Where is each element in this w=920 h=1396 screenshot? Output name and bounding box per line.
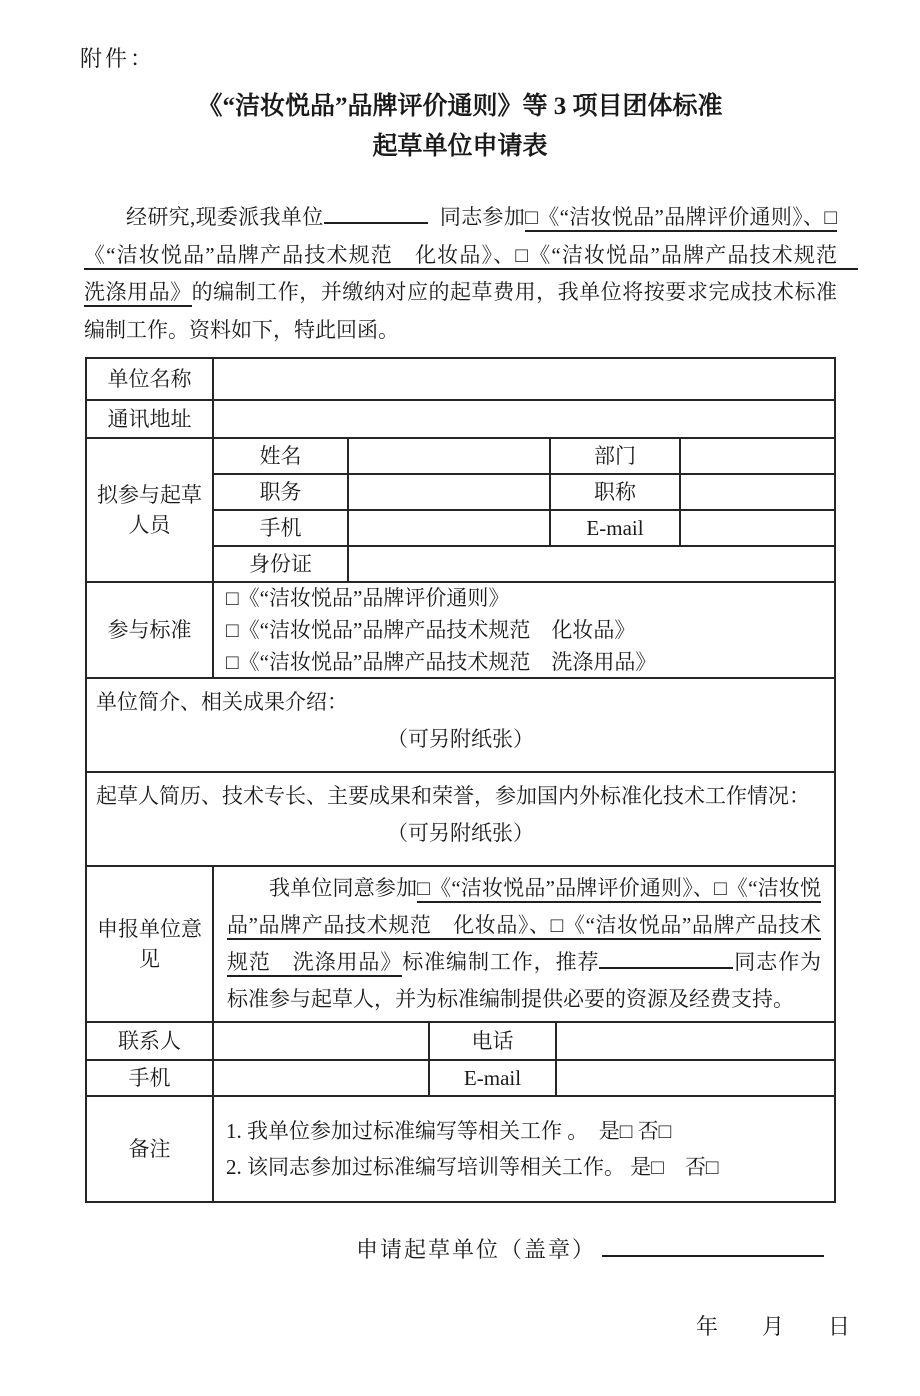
remarks-label: 备注 — [87, 1097, 212, 1201]
standards-option-2: □《“洁妆悦品”品牌产品技术规范 化妆品》 — [226, 614, 834, 646]
remarks-item-1: 1. 我单位参加过标准编写等相关工作 。 是□ 否□ — [226, 1113, 834, 1149]
row-standards: 参与标准 □《“洁妆悦品”品牌评价通则》 □《“洁妆悦品”品牌产品技术规范 化妆… — [87, 581, 834, 677]
personnel-section-label: 拟参与起草人员 — [87, 439, 212, 581]
title-line-1: 《“洁妆悦品”品牌评价通则》等 3 项目团体标准 — [0, 87, 920, 127]
intro-seg-2: 同志参加 — [440, 205, 526, 229]
attachment-label: 附件： — [80, 0, 920, 73]
personnel-row-position: 职务 职称 — [214, 473, 834, 509]
job-title-value-cell — [679, 475, 834, 509]
drafter-resume-title: 起草人简历、技术专长、主要成果和荣誉，参加国内外标准化技术工作情况： — [96, 778, 825, 815]
drafter-resume-cell: 起草人简历、技术专长、主要成果和荣誉，参加国内外标准化技术工作情况： （可另附纸… — [87, 773, 834, 865]
unit-name-blank-line — [324, 202, 428, 224]
position-value-cell — [347, 475, 549, 509]
standards-option-1: □《“洁妆悦品”品牌评价通则》 — [226, 582, 834, 614]
personnel-subtable: 姓名 部门 职务 职称 手机 E-mail — [212, 439, 834, 581]
row-personnel-section: 拟参与起草人员 姓名 部门 职务 职称 手机 E-mail — [87, 437, 834, 581]
personnel-row-name: 姓名 部门 — [214, 439, 834, 473]
standards-option-3: □《“洁妆悦品”品牌产品技术规范 洗涤用品》 — [226, 646, 834, 678]
name-value-cell — [347, 439, 549, 473]
row-drafter-resume: 起草人简历、技术专长、主要成果和荣誉，参加国内外标准化技术工作情况： （可另附纸… — [87, 771, 834, 865]
unit-profile-note: （可另附纸张） — [96, 721, 825, 758]
date-line: 年 月 日 — [0, 1310, 920, 1341]
mobile-label: 手机 — [214, 511, 347, 545]
unit-profile-cell: 单位简介、相关成果介绍： （可另附纸张） — [87, 679, 834, 771]
email-label: E-mail — [549, 511, 679, 545]
position-label: 职务 — [214, 475, 347, 509]
job-title-label: 职称 — [549, 475, 679, 509]
standards-options: □《“洁妆悦品”品牌评价通则》 □《“洁妆悦品”品牌产品技术规范 化妆品》 □《… — [212, 583, 834, 677]
name-label: 姓名 — [214, 439, 347, 473]
unit-profile-title: 单位简介、相关成果介绍： — [96, 684, 825, 721]
row-unit-profile: 单位简介、相关成果介绍： （可另附纸张） — [87, 677, 834, 771]
intro-seg-4: 的编制工作，并缴纳对应的起草费用，我单位将按要求完成技术标准编制工作。资料如下，… — [84, 280, 837, 342]
remarks-items: 1. 我单位参加过标准编写等相关工作 。 是□ 否□ 2. 该同志参加过标准编写… — [212, 1097, 834, 1201]
standards-label: 参与标准 — [87, 583, 212, 677]
mobile-value-cell — [347, 511, 549, 545]
row-contact: 联系人 电话 — [87, 1021, 834, 1059]
id-card-value-cell — [347, 547, 834, 581]
unit-opinion-text: 我单位同意参加□《“洁妆悦品”品牌评价通则》、□《“洁妆悦品”品牌产品技术规范 … — [214, 870, 834, 1018]
department-value-cell — [679, 439, 834, 473]
row-remarks: 备注 1. 我单位参加过标准编写等相关工作 。 是□ 否□ 2. 该同志参加过标… — [87, 1095, 834, 1201]
personnel-row-mobile: 手机 E-mail — [214, 509, 834, 545]
opinion-seg-3: 标准编制工作，推荐 — [402, 950, 599, 974]
intro-seg-1: 经研究,现委派我单位 — [126, 205, 324, 229]
unit-opinion-cell: 我单位同意参加□《“洁妆悦品”品牌评价通则》、□《“洁妆悦品”品牌产品技术规范 … — [212, 867, 834, 1021]
unit-name-value-cell — [212, 359, 834, 399]
recommended-person-blank-line — [599, 947, 733, 969]
remarks-item-2: 2. 该同志参加过标准编写培训等相关工作。 是□ 否□ — [226, 1149, 834, 1185]
row-unit-name: 单位名称 — [87, 359, 834, 399]
phone-label: 电话 — [428, 1023, 555, 1059]
document-page: 附件： 《“洁妆悦品”品牌评价通则》等 3 项目团体标准 起草单位申请表 经研究… — [0, 0, 920, 1396]
address-value-cell — [212, 401, 834, 437]
contact-value-cell — [212, 1023, 428, 1059]
phone-value-cell — [555, 1023, 834, 1059]
department-label: 部门 — [549, 439, 679, 473]
contact-mobile-value-cell — [212, 1061, 428, 1095]
seal-blank-line — [602, 1234, 824, 1257]
contact-mobile-label: 手机 — [87, 1061, 212, 1095]
id-card-label: 身份证 — [214, 547, 347, 581]
seal-label: 申请起草单位（盖章） — [356, 1237, 596, 1262]
email-value-cell — [679, 511, 834, 545]
row-unit-opinion: 申报单位意见 我单位同意参加□《“洁妆悦品”品牌评价通则》、□《“洁妆悦品”品牌… — [87, 865, 834, 1021]
seal-signature-line: 申请起草单位（盖章） — [85, 1233, 920, 1264]
opinion-seg-1: 我单位同意参加 — [269, 876, 417, 900]
row-contact-mobile: 手机 E-mail — [87, 1059, 834, 1095]
unit-opinion-label: 申报单位意见 — [87, 867, 212, 1021]
contact-label: 联系人 — [87, 1023, 212, 1059]
title-line-2: 起草单位申请表 — [0, 127, 920, 167]
row-address: 通讯地址 — [87, 399, 834, 437]
unit-name-label: 单位名称 — [87, 359, 212, 399]
application-form-table: 单位名称 通讯地址 拟参与起草人员 姓名 部门 职务 职称 — [85, 357, 836, 1203]
drafter-resume-note: （可另附纸张） — [96, 815, 825, 852]
contact-email-label: E-mail — [428, 1061, 555, 1095]
document-title: 《“洁妆悦品”品牌评价通则》等 3 项目团体标准 起草单位申请表 — [0, 87, 920, 167]
address-label: 通讯地址 — [87, 401, 212, 437]
personnel-row-id-card: 身份证 — [214, 545, 834, 581]
intro-paragraph: 经研究,现委派我单位同志参加□《“洁妆悦品”品牌评价通则》、□《“洁妆悦品”品牌… — [84, 199, 837, 349]
contact-email-value-cell — [555, 1061, 834, 1095]
